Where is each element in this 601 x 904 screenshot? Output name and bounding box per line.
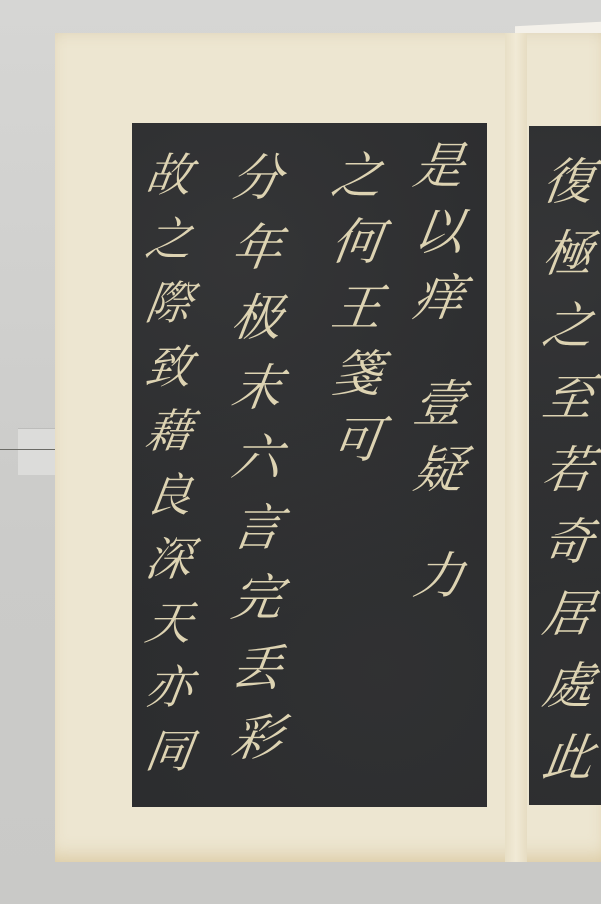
character: 王: [327, 275, 386, 341]
character: 居: [538, 578, 598, 650]
character: 何: [327, 209, 386, 275]
character: 同: [142, 719, 197, 783]
character: 此: [538, 722, 598, 794]
text-column-2: 之 何 王 箋 可: [332, 143, 382, 473]
character: 壹: [409, 371, 468, 437]
character: 處: [538, 650, 598, 722]
character: 致: [142, 335, 197, 399]
character: 彩: [227, 703, 287, 773]
character: 天: [142, 591, 197, 655]
paper-tab: [18, 428, 58, 475]
character: 至: [538, 362, 598, 434]
character: 復: [538, 146, 598, 218]
character: 藉: [142, 399, 197, 463]
character: 完: [227, 563, 287, 633]
character: 際: [142, 271, 197, 335]
character: 若: [538, 434, 598, 506]
character: 末: [227, 353, 287, 423]
character: 極: [538, 218, 598, 290]
character: 年: [227, 213, 287, 283]
text-column-5: 復 極 之 至 若 奇 居 處 此: [543, 146, 593, 794]
text-column-3: 分 年 极 末 六 言 完 丢 彩: [232, 143, 282, 773]
character: 疑: [409, 437, 468, 503]
character: 良: [142, 463, 197, 527]
character: 六: [227, 423, 287, 493]
character: 力: [409, 543, 468, 609]
character: 箋: [327, 341, 386, 407]
rubbing-panel-left: 是 以 痒 壹 疑 力 之 何 王 箋 可 分 年 极 末 六 言 完 丢 彩 …: [132, 123, 487, 807]
character: 奇: [538, 506, 598, 578]
character: 言: [227, 493, 287, 563]
page-fold: [505, 33, 527, 862]
rubbing-panel-right: 復 極 之 至 若 奇 居 處 此: [529, 126, 601, 805]
crease-line: [0, 449, 55, 450]
character: 亦: [142, 655, 197, 719]
character: 以: [409, 199, 468, 265]
character: 之: [142, 207, 197, 271]
character: 丢: [227, 633, 287, 703]
character: 痒: [409, 265, 468, 331]
character: 极: [227, 283, 287, 353]
character: 深: [142, 527, 197, 591]
character: 是: [409, 133, 468, 199]
text-column-4: 故 之 際 致 藉 良 深 天 亦 同: [146, 143, 192, 783]
character: 故: [142, 143, 197, 207]
character: 分: [227, 143, 287, 213]
text-column-1: 是 以 痒 壹 疑 力: [414, 133, 464, 609]
character: 之: [327, 143, 386, 209]
character: 可: [327, 407, 386, 473]
character: 之: [538, 290, 598, 362]
